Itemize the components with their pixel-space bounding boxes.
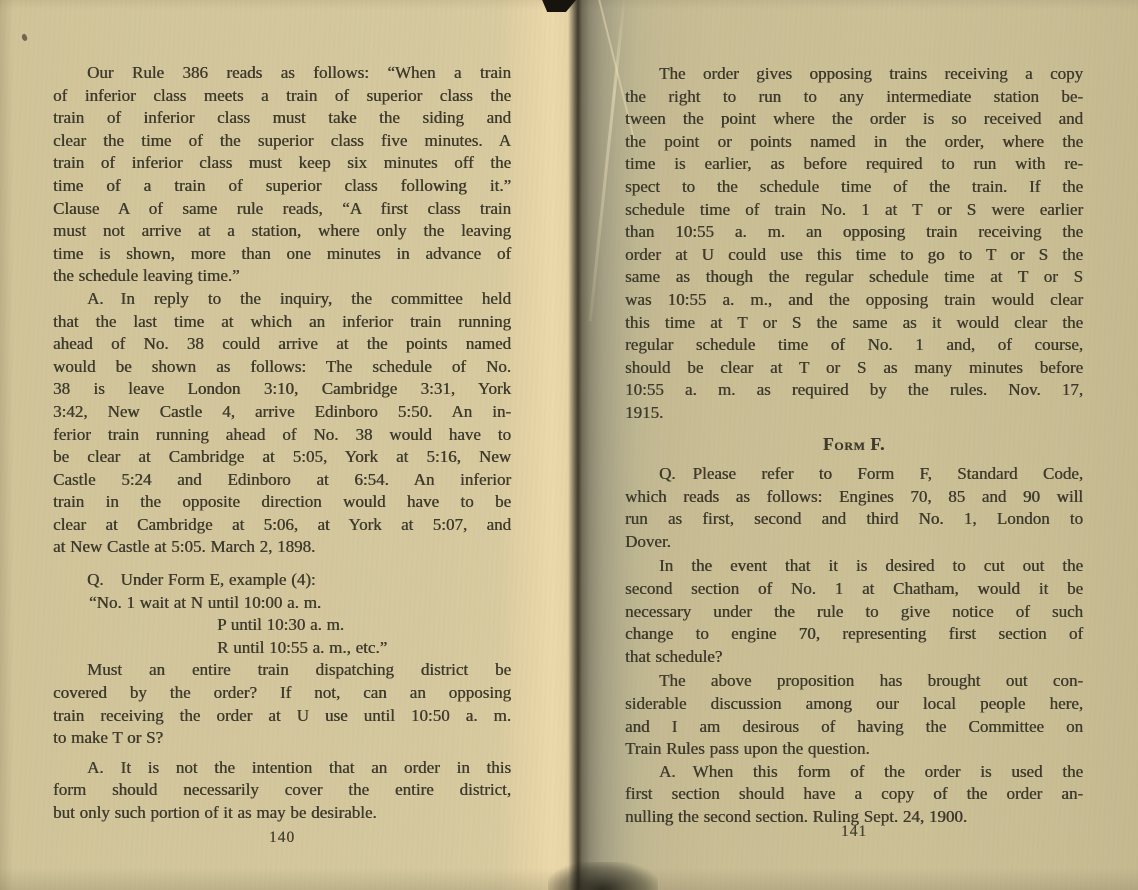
- text-line: train in the opposite direction would ha…: [53, 491, 511, 514]
- section-heading: Form F.: [625, 433, 1083, 456]
- text-line: must not arrive at a station, where only…: [53, 220, 511, 243]
- text-line: train of inferior class must keep six mi…: [53, 152, 511, 175]
- text-line: run as first, second and third No. 1, Lo…: [625, 508, 1083, 531]
- text-line: train of inferior class must take the si…: [53, 107, 511, 130]
- text-line: 3:42, New Castle 4, arrive Edinboro 5:50…: [53, 401, 511, 424]
- binding-notch: [540, 0, 576, 12]
- text-line: tween the point where the order is so re…: [625, 108, 1083, 131]
- text-line: clear at Cambridge at 5:06, at York at 5…: [53, 514, 511, 537]
- text-line: spect to the schedule time of the train.…: [625, 176, 1083, 199]
- text-line: that the last time at which an inferior …: [53, 311, 511, 334]
- paragraph: A. In reply to the inquiry, the committe…: [53, 288, 511, 559]
- paragraph: A. When this form of the order is used t…: [625, 761, 1083, 829]
- text-line: clear the time of the superior class fiv…: [53, 130, 511, 153]
- text-line: Our Rule 386 reads as follows: “When a t…: [53, 62, 511, 85]
- text-line: would be shown as follows: The schedule …: [53, 356, 511, 379]
- text-line: time is earlier, as before required to r…: [625, 153, 1083, 176]
- text-line: 10:55 a. m. as required by the rules. No…: [625, 379, 1083, 402]
- text-line: ferior train running ahead of No. 38 wou…: [53, 424, 511, 447]
- paper-speck: [21, 33, 29, 42]
- text-line: should be clear at T or S as many minute…: [625, 357, 1083, 380]
- paragraph: R until 10:55 a. m., etc.”: [53, 637, 511, 660]
- paragraph: Our Rule 386 reads as follows: “When a t…: [53, 62, 511, 288]
- text-line: which reads as follows: Engines 70, 85 a…: [625, 486, 1083, 509]
- text-line: “No. 1 wait at N until 10:00 a. m.: [53, 592, 511, 615]
- text-line: A. In reply to the inquiry, the committe…: [53, 288, 511, 311]
- paragraph: A. It is not the intention that an order…: [53, 757, 511, 825]
- paragraph: The order gives opposing trains receivin…: [625, 63, 1083, 425]
- text-line: was 10:55 a. m., and the opposing train …: [625, 289, 1083, 312]
- page-number-right: 141: [625, 823, 1083, 841]
- text-line: the right to run to any intermediate sta…: [625, 86, 1083, 109]
- text-line: The order gives opposing trains receivin…: [625, 63, 1083, 86]
- text-line: this time at T or S the same as it would…: [625, 312, 1083, 335]
- text-line: 1915.: [625, 402, 1083, 425]
- text-line: and I am desirous of having the Committe…: [625, 716, 1083, 739]
- text-line: In the event that it is desired to cut o…: [625, 555, 1083, 578]
- text-line: Must an entire train dispatching distric…: [53, 659, 511, 682]
- text-line: second section of No. 1 at Chatham, woul…: [625, 578, 1083, 601]
- text-line: A. When this form of the order is used t…: [625, 761, 1083, 784]
- book-spread: Our Rule 386 reads as follows: “When a t…: [0, 0, 1138, 890]
- text-line: Q. Under Form E, example (4):: [53, 569, 511, 592]
- text-line: Train Rules pass upon the question.: [625, 738, 1083, 761]
- text-line: regular schedule time of No. 1 and, of c…: [625, 334, 1083, 357]
- right-page-text-column: The order gives opposing trains receivin…: [625, 63, 1083, 829]
- gutter-shadow: [548, 862, 658, 890]
- text-line: siderable discussion among our local peo…: [625, 693, 1083, 716]
- text-line: to make T or S?: [53, 727, 511, 750]
- left-page-text-column: Our Rule 386 reads as follows: “When a t…: [53, 62, 511, 825]
- text-line: the schedule leaving time.”: [53, 265, 511, 288]
- text-line: Castle 5:24 and Edinboro at 6:54. An inf…: [53, 469, 511, 492]
- page-number-left: 140: [53, 829, 511, 847]
- paragraph: Must an entire train dispatching distric…: [53, 659, 511, 749]
- text-line: necessary under the rule to give notice …: [625, 601, 1083, 624]
- text-line: change to engine 70, representing first …: [625, 623, 1083, 646]
- text-line: R until 10:55 a. m., etc.”: [53, 637, 511, 660]
- paragraph: The above proposition has brought out co…: [625, 670, 1083, 760]
- paragraph: Q. Under Form E, example (4):: [53, 569, 511, 592]
- page-crease: [589, 0, 626, 321]
- text-line: covered by the order? If not, can an opp…: [53, 682, 511, 705]
- text-line: P until 10:30 a. m.: [53, 614, 511, 637]
- text-line: train receiving the order at U use until…: [53, 705, 511, 728]
- text-line: that schedule?: [625, 646, 1083, 669]
- text-line: of inferior class meets a train of super…: [53, 85, 511, 108]
- text-line: at New Castle at 5:05. March 2, 1898.: [53, 536, 511, 559]
- text-line: ahead of No. 38 could arrive at the poin…: [53, 333, 511, 356]
- text-line: A. It is not the intention that an order…: [53, 757, 511, 780]
- paragraph: Q. Please refer to Form F, Standard Code…: [625, 463, 1083, 553]
- text-line: The above proposition has brought out co…: [625, 670, 1083, 693]
- text-line: Dover.: [625, 531, 1083, 554]
- text-line: but only such portion of it as may be de…: [53, 802, 511, 825]
- text-line: same as though the regular schedule time…: [625, 266, 1083, 289]
- text-line: be clear at Cambridge at 5:05, York at 5…: [53, 446, 511, 469]
- text-line: form should necessarily cover the entire…: [53, 779, 511, 802]
- text-line: order at U could use this time to go to …: [625, 244, 1083, 267]
- text-line: than 10:55 a. m. an opposing train recei…: [625, 221, 1083, 244]
- text-line: the point or points named in the order, …: [625, 131, 1083, 154]
- paragraph: P until 10:30 a. m.: [53, 614, 511, 637]
- text-line: Clause A of same rule reads, “A first cl…: [53, 198, 511, 221]
- text-line: first section should have a copy of the …: [625, 783, 1083, 806]
- text-line: 38 is leave London 3:10, Cambridge 3:31,…: [53, 378, 511, 401]
- paragraph: In the event that it is desired to cut o…: [625, 555, 1083, 668]
- text-line: time of a train of superior class follow…: [53, 175, 511, 198]
- text-line: time is shown, more than one minutes in …: [53, 243, 511, 266]
- text-line: Q. Please refer to Form F, Standard Code…: [625, 463, 1083, 486]
- text-line: schedule time of train No. 1 at T or S w…: [625, 199, 1083, 222]
- paragraph: “No. 1 wait at N until 10:00 a. m.: [53, 592, 511, 615]
